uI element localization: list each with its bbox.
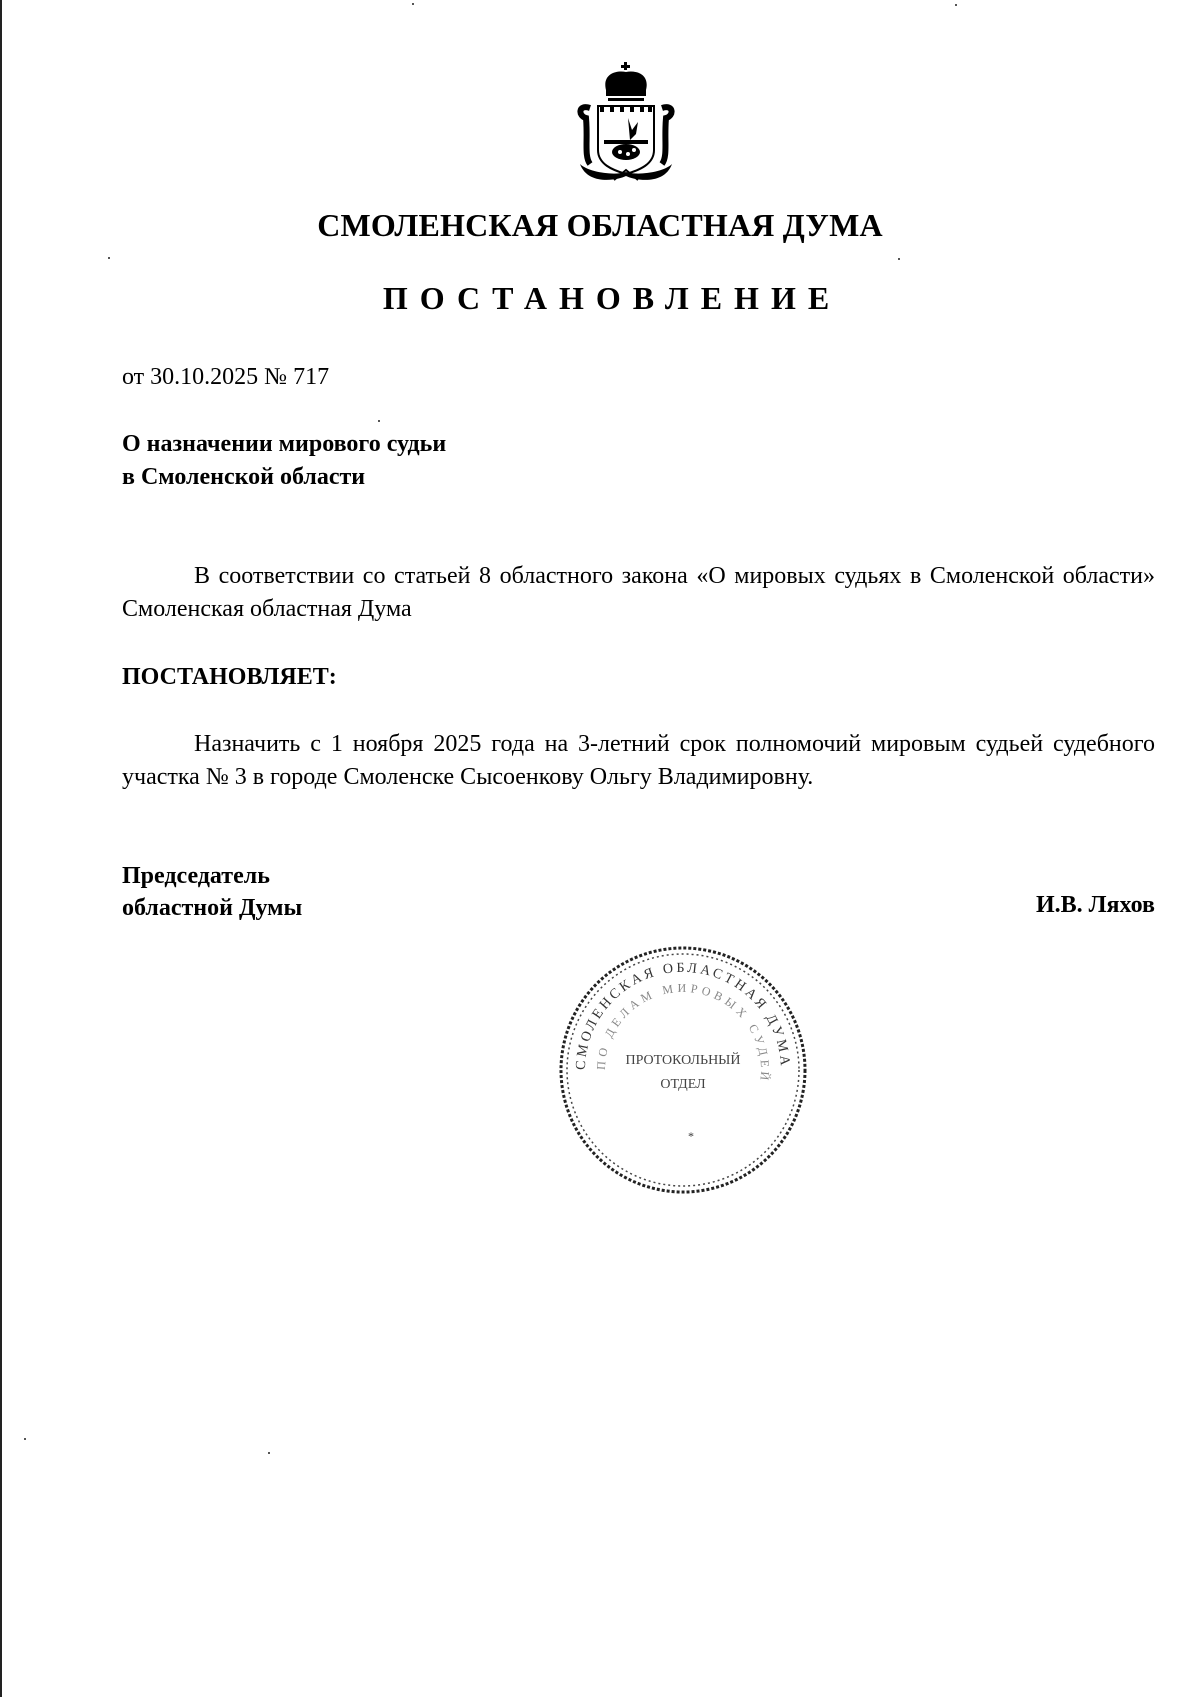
decision-paragraph: Назначить с 1 ноября 2025 года на 3-летн… bbox=[122, 728, 1155, 794]
scan-speck bbox=[108, 257, 110, 259]
scan-speck bbox=[412, 3, 414, 5]
signatory-title: Председатель областной Думы bbox=[122, 860, 302, 924]
organization-name: СМОЛЕНСКАЯ ОБЛАСТНАЯ ДУМА bbox=[0, 207, 1200, 244]
official-stamp-icon: СМОЛЕНСКАЯ ОБЛАСТНАЯ ДУМА ПО ДЕЛАМ МИРОВ… bbox=[553, 940, 813, 1200]
signatory-name: И.В. Ляхов bbox=[1036, 892, 1155, 919]
scan-speck bbox=[24, 1438, 26, 1440]
document-date-number: от 30.10.2025 № 717 bbox=[122, 364, 329, 391]
signatory-title-line-2: областной Думы bbox=[122, 892, 302, 924]
document-type: ПОСТАНОВЛЕНИЕ bbox=[0, 280, 1200, 317]
coat-of-arms-icon bbox=[568, 60, 684, 186]
svg-text:*: * bbox=[688, 1129, 694, 1143]
signatory-title-line-1: Председатель bbox=[122, 860, 302, 892]
subject-line-2: в Смоленской области bbox=[122, 461, 446, 494]
scan-speck bbox=[268, 1452, 270, 1454]
stamp-center-line-2: ОТДЕЛ bbox=[660, 1077, 706, 1092]
document-subject: О назначении мирового судьи в Смоленской… bbox=[122, 428, 446, 494]
subject-line-1: О назначении мирового судьи bbox=[122, 428, 446, 461]
scan-speck bbox=[378, 420, 380, 422]
scan-speck bbox=[955, 4, 957, 6]
resolves-heading: ПОСТАНОВЛЯЕТ: bbox=[122, 664, 337, 691]
preamble-paragraph: В соответствии со статьей 8 областного з… bbox=[122, 560, 1155, 626]
stamp-center-line-1: ПРОТОКОЛЬНЫЙ bbox=[625, 1051, 740, 1068]
scan-speck bbox=[898, 258, 900, 260]
scan-page-edge bbox=[0, 0, 2, 1697]
